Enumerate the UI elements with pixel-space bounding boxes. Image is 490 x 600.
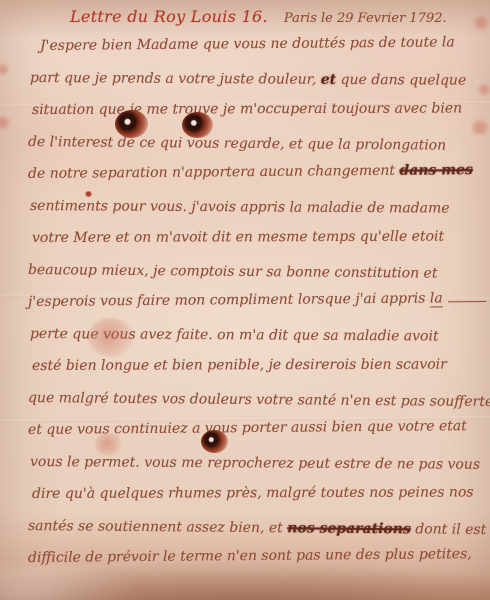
wax-seal-blot [115,110,148,138]
wax-seal-blot [182,112,213,138]
handwritten-text: de l'interest de ce qui vous regarde, et… [28,134,446,154]
letter-page: Lettre du Roy Louis 16.Paris le 29 Fevri… [0,0,490,600]
handwritten-text: difficile de prévoir le terme n'en sont … [28,546,472,566]
handwritten-text: vous le permet. vous me reprocherez peut… [30,454,480,473]
handwritten-text: situation que je me trouve je m'occupera… [32,100,462,118]
handwritten-text: esté bien longue et bien penible, je des… [32,357,447,374]
manuscript-line-7: votre Mere et on m'avoit dit en mesme te… [32,220,476,254]
handwritten-text: que dans quelque [336,72,466,89]
manuscript-line-5: de notre separation n'apportera aucun ch… [28,154,476,190]
handwritten-text: que malgré toutes vos douleurs votre san… [28,390,490,410]
edge-smudge [0,64,9,75]
edge-smudge [0,116,10,129]
struck-text: dans mes [399,162,473,179]
handwritten-text: et que vous continuiez a vous porter aus… [28,418,467,438]
dateline: Paris le 29 Fevrier 1792. [284,11,447,26]
archivist-annotation-red: Lettre du Roy Louis 16. [70,7,268,26]
ink-corrected-text: et [321,72,336,88]
manuscript-line-1: J'espere bien Madame que vous ne douttés… [40,26,476,62]
handwritten-text: beaucoup mieux, je comptois sur sa bonne… [28,262,438,282]
manuscript-line-6: sentiments pour vous. j'avois appris la … [30,190,476,225]
edge-smudge [478,84,490,95]
handwritten-text: de notre separation n'apportera aucun ch… [28,163,400,182]
ink-speck [85,191,92,197]
line-filler-stroke [448,288,486,302]
underlined-text: la [430,290,443,307]
handwritten-text: santés se soutiennent assez bien, et [28,518,287,536]
manuscript-line-17: difficile de prévoir le terme n'en sont … [28,538,476,574]
wax-seal-blot [201,430,228,453]
manuscript-line-3: situation que je me trouve je m'occupera… [32,92,476,126]
manuscript-line-9: j'esperois vous faire mon compliment lor… [28,282,476,318]
edge-smudge [471,120,489,135]
manuscript-line-2: part que je prends a votre juste douleur… [30,62,476,97]
handwritten-text: J'espere bien Madame que vous ne douttés… [40,34,455,54]
handwritten-text: j'esperois vous faire mon compliment lor… [28,290,430,310]
letter-header: Lettre du Roy Louis 16.Paris le 29 Fevri… [70,7,447,26]
manuscript-line-15: dire qu'à quelques rhumes près, malgré t… [32,476,476,510]
handwritten-text: sentiments pour vous. j'avois appris la … [30,198,450,217]
handwritten-text: dont il est bien [411,521,490,538]
edge-smudge [473,16,489,30]
letter-body: J'espere bien Madame que vous ne douttés… [28,30,476,574]
handwritten-text: part que je prends a votre juste douleur… [30,70,321,88]
faded-blot [95,433,122,456]
faded-blot [88,318,134,357]
handwritten-text: dire qu'à quelques rhumes près, malgré t… [32,484,474,502]
handwritten-text: votre Mere et on m'avoit dit en mesme te… [32,229,444,246]
struck-text: nos separations [287,520,411,537]
